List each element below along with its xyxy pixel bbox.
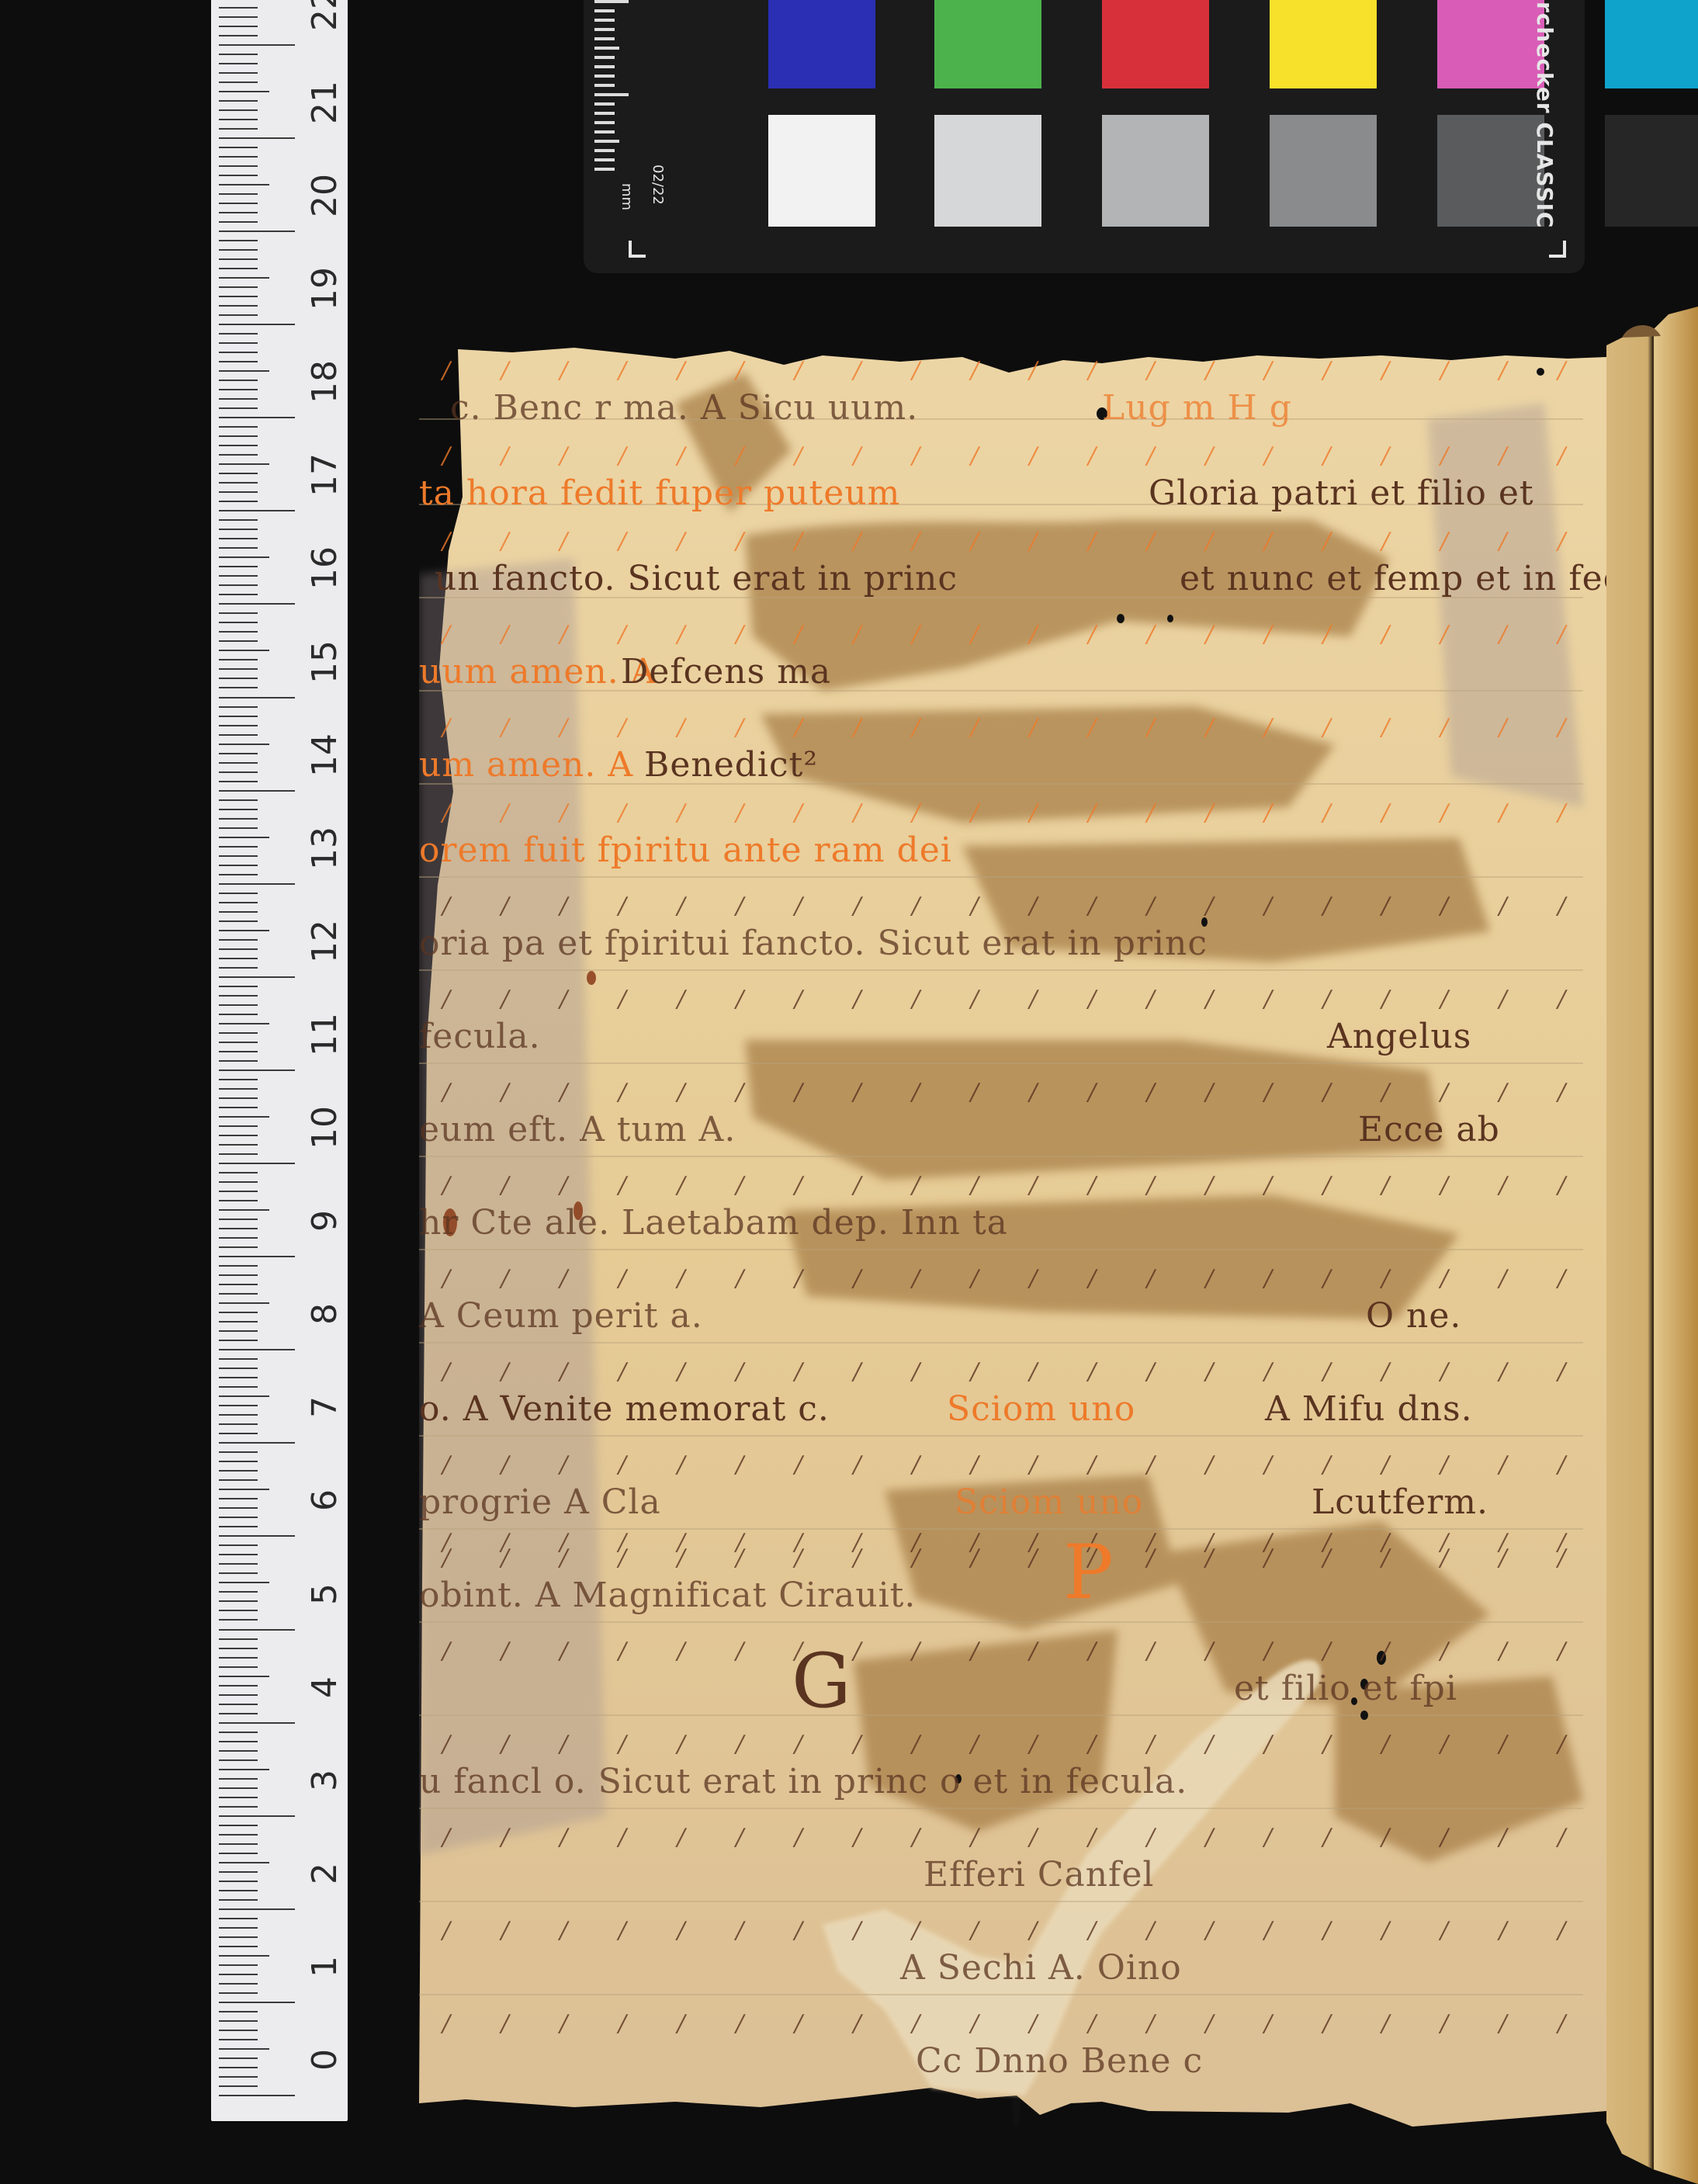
ruler-label-21: 21 bbox=[306, 75, 345, 130]
ruler-tick bbox=[219, 1172, 258, 1173]
ruler-tick bbox=[219, 1414, 258, 1416]
ruler-tick bbox=[219, 538, 258, 539]
ruler-tick bbox=[219, 324, 295, 325]
ruler-tick bbox=[219, 426, 258, 428]
ruler-tick bbox=[219, 575, 258, 577]
ruler-tick bbox=[219, 119, 258, 120]
ruler-tick bbox=[219, 1144, 258, 1146]
ruler-tick bbox=[219, 1004, 258, 1006]
text-line: um amen. A bbox=[419, 745, 633, 785]
ruler-tick bbox=[219, 1498, 258, 1499]
ruler-tick bbox=[219, 1107, 258, 1108]
ruler-tick bbox=[219, 1955, 269, 1957]
ruler-tick bbox=[219, 1153, 258, 1155]
ruler-tick bbox=[219, 81, 258, 83]
ruler-tick bbox=[219, 249, 258, 251]
ruler-tick bbox=[219, 725, 258, 726]
ruler-tick bbox=[219, 501, 258, 502]
ruler-tick bbox=[219, 1554, 258, 1555]
text-line: P bbox=[1063, 1529, 1114, 1616]
ruler-tick bbox=[219, 771, 258, 773]
ruler-tick bbox=[219, 2067, 258, 2068]
color-checker-card: rchecker CLASSIC 02/22 mm bbox=[584, 0, 1585, 273]
ruler-tick bbox=[219, 109, 258, 111]
ruler-tick bbox=[219, 91, 269, 92]
text-line: Efferi Canfel bbox=[924, 1855, 1154, 1895]
ruler-tick bbox=[219, 240, 258, 241]
ruler-tick bbox=[219, 342, 258, 344]
neume-row: / / / / / / / / / / / / / / / / / / / / … bbox=[442, 1824, 1698, 1851]
ruler-tick bbox=[219, 603, 295, 605]
ruler-tick bbox=[219, 463, 269, 465]
ruler-tick bbox=[219, 893, 258, 894]
ruler-tick bbox=[219, 1648, 258, 1649]
ruler-tick bbox=[219, 640, 258, 642]
patch-mid-light-gray bbox=[1102, 115, 1209, 227]
ruler-tick bbox=[219, 1181, 258, 1183]
ruler-tick bbox=[219, 1023, 269, 1024]
checker-mm-scale bbox=[594, 0, 632, 171]
ruler-tick bbox=[219, 193, 258, 195]
ruler-tick bbox=[219, 473, 258, 474]
text-line: O ne. bbox=[1366, 1296, 1461, 1336]
patch-light-gray bbox=[934, 115, 1041, 227]
ruler-tick bbox=[219, 1843, 258, 1845]
neume-row: / / / / / / / / / / / / / / / / / / / / … bbox=[442, 1079, 1698, 1106]
ruler-tick bbox=[219, 1535, 295, 1537]
ruler-tick bbox=[219, 1582, 269, 1583]
ruler-tick bbox=[219, 790, 295, 792]
text-line: A Ceum perit a. bbox=[419, 1296, 703, 1336]
text-line: progrie A Cla bbox=[419, 1482, 661, 1522]
ruler-label-9: 9 bbox=[306, 1194, 345, 1248]
ruler-tick bbox=[219, 1302, 269, 1304]
ruler-tick bbox=[219, 1340, 258, 1341]
checker-mm-tick bbox=[594, 130, 615, 133]
ruler-tick bbox=[219, 1825, 258, 1826]
ruler-tick bbox=[219, 1097, 258, 1099]
ruler-tick bbox=[219, 361, 258, 362]
ruler-tick bbox=[219, 1461, 258, 1462]
measuring-ruler: 012345678910111213141516171819202122 bbox=[211, 0, 348, 2121]
ruler-tick bbox=[219, 352, 258, 353]
ruler-tick bbox=[219, 63, 258, 64]
ruler-tick bbox=[219, 2002, 295, 2003]
ruler-tick bbox=[219, 734, 258, 736]
checker-date-code: 02/22 bbox=[650, 165, 666, 205]
ruler-tick bbox=[219, 147, 258, 148]
ruler-tick bbox=[219, 175, 258, 176]
neume-row: / / / / / / / / / / / / / / / / / / / / … bbox=[442, 1638, 1698, 1665]
patch-green bbox=[934, 0, 1041, 88]
ruler-tick bbox=[219, 2020, 258, 2022]
neume-row: / / / / / / / / / / / / / / / / / / / / … bbox=[442, 528, 1698, 555]
ruler-tick bbox=[219, 1759, 258, 1761]
ruler-tick bbox=[219, 678, 258, 679]
ruler-tick bbox=[219, 435, 258, 437]
ruler-label-11: 11 bbox=[306, 1007, 345, 1062]
text-line: oria pa et fpiritui fancto. Sicut erat i… bbox=[419, 924, 1208, 963]
ruler-label-15: 15 bbox=[306, 635, 345, 689]
ruler-tick bbox=[219, 1610, 258, 1611]
ruler-tick bbox=[219, 1079, 258, 1080]
ruler-tick bbox=[219, 1591, 258, 1593]
book-spine-binding bbox=[1606, 307, 1698, 2184]
ruler-tick bbox=[219, 874, 258, 875]
ruler-tick bbox=[219, 1741, 258, 1742]
ruler-tick bbox=[219, 995, 258, 997]
neume-row: / / / / / / / / / / / / / / / / / / / / … bbox=[442, 1917, 1698, 1944]
text-line: A Sechi A. Oino bbox=[900, 1948, 1182, 1988]
ruler-label-13: 13 bbox=[306, 821, 345, 875]
checker-mm-tick bbox=[594, 84, 615, 87]
ruler-tick bbox=[219, 212, 258, 213]
ruler-tick bbox=[219, 1918, 258, 1919]
ruler-tick bbox=[219, 1853, 258, 1854]
ruler-tick bbox=[219, 26, 258, 27]
ruler-label-6: 6 bbox=[306, 1473, 345, 1527]
patch-black bbox=[1605, 115, 1698, 227]
ruler-tick bbox=[219, 584, 258, 586]
ruler-label-17: 17 bbox=[306, 448, 345, 502]
ruler-tick bbox=[219, 687, 258, 688]
ruler-tick bbox=[219, 753, 258, 754]
text-line: Sciom uno bbox=[955, 1482, 1143, 1522]
ruler-tick bbox=[219, 1470, 258, 1472]
ruler-tick bbox=[219, 1806, 258, 1808]
ruler-tick bbox=[219, 1899, 258, 1901]
ruler-tick bbox=[219, 286, 258, 288]
ruler-tick bbox=[219, 781, 258, 782]
ruler-tick bbox=[219, 1964, 258, 1966]
checker-mm-tick bbox=[594, 47, 619, 50]
ruler-tick bbox=[219, 1479, 258, 1481]
ruler-tick bbox=[219, 930, 269, 931]
ruler-tick bbox=[219, 1423, 258, 1425]
ruler-label-5: 5 bbox=[306, 1567, 345, 1621]
ruler-tick bbox=[219, 2039, 258, 2040]
ruler-label-4: 4 bbox=[306, 1660, 345, 1714]
patch-magenta bbox=[1437, 0, 1544, 88]
ruler-tick bbox=[219, 1489, 269, 1490]
ruler-tick bbox=[219, 1946, 258, 1947]
ruler-tick bbox=[219, 1704, 258, 1705]
ruler-tick bbox=[219, 622, 258, 623]
ruler-tick bbox=[219, 1191, 258, 1192]
ruler-tick bbox=[219, 137, 295, 139]
ruler-tick bbox=[219, 1274, 258, 1276]
ruler-tick bbox=[219, 668, 258, 670]
ruler-tick bbox=[219, 417, 295, 418]
neume-row: / / / / / / / / / / / / / / / / / / / / … bbox=[442, 893, 1698, 920]
text-line: hr Cte ale. Laetabam dep. Inn ta bbox=[419, 1203, 1008, 1243]
ruler-tick bbox=[219, 529, 258, 530]
ruler-tick bbox=[219, 1246, 258, 1248]
neume-row: / / / / / / / / / / / / / / / / / / / / … bbox=[442, 1451, 1698, 1479]
checker-mm-tick bbox=[594, 65, 615, 68]
ruler-tick bbox=[219, 818, 258, 820]
checker-mm-tick bbox=[594, 102, 615, 106]
ruler-tick bbox=[219, 1787, 258, 1789]
ruler-tick bbox=[219, 519, 258, 521]
ruler-tick bbox=[219, 1722, 295, 1724]
checker-mm-tick bbox=[594, 93, 629, 96]
ruler-tick bbox=[219, 2085, 258, 2087]
ruler-tick bbox=[219, 1386, 258, 1388]
ruler-tick bbox=[219, 1908, 295, 1910]
ruler-tick bbox=[219, 1395, 269, 1397]
text-line: Sciom uno bbox=[947, 1389, 1135, 1429]
ruler-tick bbox=[219, 883, 295, 885]
ruler-tick bbox=[219, 407, 258, 409]
text-line: Benedict² bbox=[644, 745, 818, 785]
ruler-tick bbox=[219, 1069, 295, 1071]
text-line: c. Benc r ma. A Sicu uum. bbox=[450, 388, 918, 428]
ruler-tick bbox=[219, 1209, 269, 1211]
checker-mm-tick bbox=[594, 158, 615, 161]
patch-cyan bbox=[1605, 0, 1698, 88]
neume-row: / / / / / / / / / / / / / / / / / / / / … bbox=[442, 357, 1698, 384]
ruler-tick bbox=[219, 809, 258, 810]
ruler-tick bbox=[219, 958, 258, 959]
neume-row: / / / / / / / / / / / / / / / / / / / / … bbox=[442, 1172, 1698, 1199]
ruler-tick bbox=[219, 762, 258, 764]
checker-mm-tick bbox=[594, 28, 615, 31]
ruler-tick bbox=[219, 1330, 258, 1332]
text-line: Ecce ab bbox=[1358, 1110, 1500, 1149]
ruler-tick bbox=[219, 1405, 258, 1406]
ruler-tick bbox=[219, 1927, 258, 1929]
checker-mm-tick bbox=[594, 75, 615, 78]
ruler-tick bbox=[219, 1871, 258, 1873]
ruler-label-20: 20 bbox=[306, 168, 345, 223]
checker-mm-tick bbox=[594, 168, 615, 171]
ruler-tick bbox=[219, 296, 258, 297]
text-line: ta hora fedit fuper puteum bbox=[419, 473, 900, 513]
ruler-tick bbox=[219, 716, 258, 717]
ruler-tick bbox=[219, 2076, 258, 2078]
ruler-tick bbox=[219, 1694, 258, 1696]
ruler-tick bbox=[219, 1657, 258, 1659]
ruler-tick bbox=[219, 54, 258, 55]
ruler-tick bbox=[219, 706, 258, 708]
text-line: o. A Venite memorat c. bbox=[419, 1389, 830, 1429]
checker-mm-tick bbox=[594, 37, 615, 40]
ruler-tick bbox=[219, 948, 258, 950]
ruler-tick bbox=[219, 1442, 295, 1444]
ruler-tick bbox=[219, 799, 258, 801]
neume-row: / / / / / / / / / / / / / / / / / / / / … bbox=[442, 442, 1698, 470]
ruler-label-18: 18 bbox=[306, 355, 345, 409]
ruler-tick bbox=[219, 846, 258, 848]
ruler-tick bbox=[219, 510, 295, 511]
ruler-tick bbox=[219, 445, 258, 446]
ruler-tick bbox=[219, 1992, 258, 1994]
ruler-label-1: 1 bbox=[306, 1940, 345, 1994]
ruler-tick bbox=[219, 1732, 258, 1733]
ruler-tick bbox=[219, 1377, 258, 1378]
text-line: orem fuit fpiritu ante ram dei bbox=[419, 830, 952, 870]
ruler-tick bbox=[219, 1974, 258, 1975]
checker-mm-tick bbox=[594, 19, 615, 22]
ruler-tick bbox=[219, 744, 269, 745]
ruler-tick bbox=[219, 1163, 295, 1164]
ruler-tick bbox=[219, 1638, 258, 1640]
ruler-tick bbox=[219, 1125, 258, 1127]
ruler-tick bbox=[219, 184, 269, 185]
ruler-tick bbox=[219, 1265, 258, 1267]
crop-corner-mark-right bbox=[1549, 241, 1566, 258]
neume-row: / / / / / / / / / / / / / / / / / / / / … bbox=[442, 986, 1698, 1013]
ruler-tick bbox=[219, 1237, 258, 1239]
text-line: u fancl o. Sicut erat in princ o et in f… bbox=[419, 1762, 1187, 1801]
ruler-tick bbox=[219, 1312, 258, 1313]
text-line: G bbox=[792, 1638, 852, 1725]
crop-corner-mark-left bbox=[629, 241, 646, 258]
ruler-tick bbox=[219, 976, 295, 978]
ruler-tick bbox=[219, 650, 269, 651]
checker-mm-tick bbox=[594, 140, 619, 143]
ruler-label-14: 14 bbox=[306, 728, 345, 782]
text-line: Cc Dnno Bene c bbox=[916, 2041, 1203, 2081]
ruler-tick bbox=[219, 566, 258, 567]
ruler-tick bbox=[219, 1060, 258, 1062]
ruler-label-19: 19 bbox=[306, 262, 345, 316]
checker-brand-label: rchecker CLASSIC bbox=[1532, 2, 1558, 228]
ruler-label-7: 7 bbox=[306, 1380, 345, 1434]
ruler-tick bbox=[219, 277, 269, 279]
ruler-tick bbox=[219, 1219, 258, 1220]
ruler-tick bbox=[219, 920, 258, 922]
ruler-tick bbox=[219, 967, 258, 969]
ruler-tick bbox=[219, 939, 258, 941]
ruler-tick bbox=[219, 203, 258, 204]
manuscript-leaf: / / / / / / / / / / / / / / / / / / / / … bbox=[419, 341, 1614, 2127]
ruler-tick bbox=[219, 1349, 295, 1350]
ruler-tick bbox=[219, 389, 258, 390]
ruler-tick bbox=[219, 986, 258, 987]
ruler-tick bbox=[219, 314, 258, 316]
ruler-label-10: 10 bbox=[306, 1101, 345, 1155]
ruler-label-16: 16 bbox=[306, 541, 345, 595]
ruler-tick bbox=[219, 258, 258, 260]
ruler-tick bbox=[219, 1200, 258, 1201]
text-line: obint. A Magnificat Cirauit. bbox=[419, 1576, 916, 1615]
ruler-tick bbox=[219, 380, 258, 381]
ruler-tick bbox=[219, 1666, 258, 1668]
ruler-tick bbox=[219, 631, 258, 633]
patch-blue bbox=[768, 0, 875, 88]
text-line: Defcens ma bbox=[621, 652, 831, 692]
ruler-tick bbox=[219, 612, 258, 614]
ruler-tick bbox=[219, 2057, 258, 2059]
ruler-tick bbox=[219, 72, 258, 74]
checker-mm-tick bbox=[594, 0, 629, 3]
ruler-tick bbox=[219, 827, 258, 829]
ruler-tick bbox=[219, 454, 258, 456]
ruler-tick bbox=[219, 1572, 258, 1574]
ruler-tick bbox=[219, 1936, 258, 1938]
ruler-tick bbox=[219, 491, 258, 493]
checker-mm-tick bbox=[594, 56, 615, 59]
ruler-tick bbox=[219, 7, 258, 9]
ruler-tick bbox=[219, 2048, 269, 2050]
neume-row: / / / / / / / / / / / / / / / / / / / / … bbox=[442, 799, 1698, 827]
ruler-tick bbox=[219, 1526, 258, 1527]
ruler-tick bbox=[219, 556, 269, 558]
ruler-tick bbox=[219, 35, 258, 36]
ruler-tick bbox=[219, 1507, 258, 1509]
patch-yellow bbox=[1270, 0, 1377, 88]
ruler-tick bbox=[219, 1750, 258, 1752]
ruler-tick bbox=[219, 1881, 258, 1882]
ruler-tick bbox=[219, 1284, 258, 1285]
ruler-tick bbox=[219, 1451, 258, 1453]
checker-mm-tick bbox=[594, 149, 615, 152]
ruler-tick bbox=[219, 1517, 258, 1518]
ruler-tick bbox=[219, 1433, 258, 1434]
neume-row: / / / / / / / / / / / / / / / / / / / / … bbox=[442, 714, 1698, 741]
ruler-tick bbox=[219, 268, 258, 269]
ruler-tick bbox=[219, 1797, 258, 1798]
ruler-tick bbox=[219, 1014, 258, 1015]
ruler-tick bbox=[219, 911, 258, 913]
text-line: Lcutferm. bbox=[1312, 1482, 1488, 1522]
ruler-tick bbox=[219, 1321, 258, 1323]
neume-row: / / / / / / / / / / / / / / / / / / / / … bbox=[442, 1265, 1698, 1292]
ruler-label-12: 12 bbox=[306, 914, 345, 969]
ruler-tick bbox=[219, 1815, 295, 1817]
ruler-tick bbox=[219, 1769, 269, 1770]
text-line: Lug m H g bbox=[1102, 388, 1292, 428]
ruler-tick bbox=[219, 1713, 258, 1714]
patch-red bbox=[1102, 0, 1209, 88]
ruler-tick bbox=[219, 1544, 258, 1546]
checker-unit-label: mm bbox=[619, 183, 635, 210]
ruler-tick bbox=[219, 16, 258, 18]
ruler-tick bbox=[219, 1032, 258, 1034]
ruler-tick bbox=[219, 1862, 269, 1863]
neume-row: / / / / / / / / / / / / / / / / / / / / … bbox=[442, 621, 1698, 648]
ruler-tick bbox=[219, 44, 295, 46]
text-line: Angelus bbox=[1327, 1017, 1471, 1056]
ruler-tick bbox=[219, 1042, 258, 1043]
ruler-tick bbox=[219, 370, 269, 372]
neume-row: / / / / / / / / / / / / / / / / / / / / … bbox=[442, 1731, 1698, 1758]
ruler-tick bbox=[219, 1983, 258, 1985]
ruler-tick bbox=[219, 2030, 258, 2031]
text-line: eum eft. A tum A. bbox=[419, 1110, 736, 1149]
ruler-label-3: 3 bbox=[306, 1753, 345, 1808]
ruler-tick bbox=[219, 1890, 258, 1891]
patch-mid-gray bbox=[1270, 115, 1377, 227]
ruler-tick bbox=[219, 221, 258, 223]
ruler-tick bbox=[219, 305, 258, 307]
ruler-tick bbox=[219, 1256, 295, 1257]
ruler-tick bbox=[219, 165, 258, 167]
ruler-tick bbox=[219, 1228, 258, 1229]
patch-dark-gray bbox=[1437, 115, 1544, 227]
ruler-tick bbox=[219, 1051, 258, 1052]
neume-row: / / / / / / / / / / / / / / / / / / / / … bbox=[442, 1358, 1698, 1385]
text-line: et filio et fpi bbox=[1234, 1669, 1457, 1708]
patch-white bbox=[768, 115, 875, 227]
ruler-tick bbox=[219, 100, 258, 102]
ruler-label-22: 22 bbox=[306, 0, 345, 36]
text-line: A Mifu dns. bbox=[1265, 1389, 1473, 1429]
text-line: Gloria patri et filio et bbox=[1149, 473, 1534, 513]
ruler-tick bbox=[219, 1600, 258, 1602]
